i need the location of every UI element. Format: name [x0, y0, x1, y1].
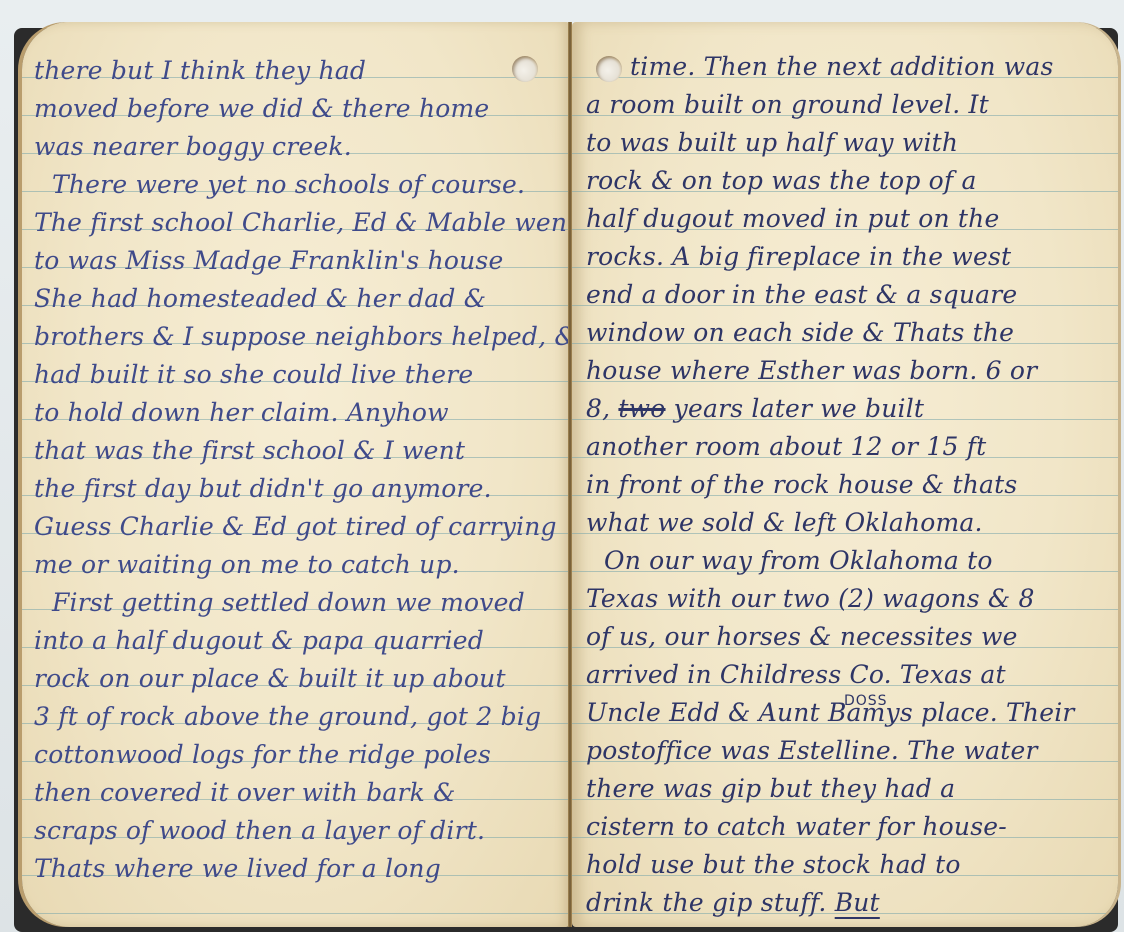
handwritten-line: house where Esther was born. 6 or	[586, 352, 1118, 390]
handwritten-line: had built it so she could live there	[34, 356, 570, 394]
handwritten-line: what we sold & left Oklahoma.	[586, 504, 1118, 542]
line-start: 8,	[586, 394, 610, 423]
handwritten-line: brothers & I suppose neighbors helped, &…	[34, 318, 570, 356]
handwritten-line: that was the first school & I went	[34, 432, 570, 470]
handwritten-line: there was gip but they had a	[586, 770, 1118, 808]
handwritten-line: to was built up half way with	[586, 124, 1118, 162]
underlined-word: But	[835, 888, 880, 917]
handwritten-line: 3 ft of rock above the ground, got 2 big	[34, 698, 570, 736]
handwritten-line: to hold down her claim. Anyhow	[34, 394, 570, 432]
handwritten-line-with-underline: drink the gip stuff. But	[586, 884, 1118, 922]
handwritten-line: into a half dugout & papa quarried	[34, 622, 570, 660]
handwritten-line: On our way from Oklahoma to	[586, 542, 1118, 580]
handwritten-line: She had homesteaded & her dad &	[34, 280, 570, 318]
handwritten-line: the first day but didn't go anymore.	[34, 470, 570, 508]
line-text: Uncle Edd & Aunt Bamys place. Their	[586, 698, 1075, 727]
handwritten-line: time. Then the next addition was	[586, 48, 1118, 86]
handwritten-line: rock on our place & built it up about	[34, 660, 570, 698]
handwritten-line: then covered it over with bark &	[34, 774, 570, 812]
handwritten-line: Texas with our two (2) wagons & 8	[586, 580, 1118, 618]
handwritten-line: window on each side & Thats the	[586, 314, 1118, 352]
handwritten-line: half dugout moved in put on the	[586, 200, 1118, 238]
handwritten-line: of us, our horses & necessites we	[586, 618, 1118, 656]
handwritten-line: rocks. A big fireplace in the west	[586, 238, 1118, 276]
left-notebook-page: there but I think they had moved before …	[22, 22, 570, 927]
struck-out-word: two	[618, 394, 665, 423]
handwritten-line: scraps of wood then a layer of dirt.	[34, 812, 570, 850]
handwritten-line: cistern to catch water for house-	[586, 808, 1118, 846]
handwritten-line: hold use but the stock had to	[586, 846, 1118, 884]
handwritten-line: to was Miss Madge Franklin's house	[34, 242, 570, 280]
handwritten-line: another room about 12 or 15 ft	[586, 428, 1118, 466]
handwritten-line: There were yet no schools of course.	[34, 166, 570, 204]
left-page-text: there but I think they had moved before …	[22, 52, 570, 888]
handwritten-line: rock & on top was the top of a	[586, 162, 1118, 200]
handwritten-line: postoffice was Estelline. The water	[586, 732, 1118, 770]
right-page-text: time. Then the next addition was a room …	[572, 48, 1118, 922]
handwritten-line-with-strikeout: 8, two years later we built	[586, 390, 1118, 428]
line-text: drink the gip stuff.	[586, 888, 827, 917]
handwritten-line: First getting settled down we moved	[34, 584, 570, 622]
inserted-word: DOSS	[844, 682, 888, 720]
right-notebook-page: time. Then the next addition was a room …	[572, 22, 1118, 927]
handwritten-line: in front of the rock house & thats	[586, 466, 1118, 504]
handwritten-line-with-insertion: DOSSUncle Edd & Aunt Bamys place. Their	[586, 694, 1118, 732]
handwritten-line: Guess Charlie & Ed got tired of carrying	[34, 508, 570, 546]
handwritten-line: a room built on ground level. It	[586, 86, 1118, 124]
handwritten-line: me or waiting on me to catch up.	[34, 546, 570, 584]
handwritten-line: Thats where we lived for a long	[34, 850, 570, 888]
handwritten-line: cottonwood logs for the ridge poles	[34, 736, 570, 774]
handwritten-line: was nearer boggy creek.	[34, 128, 570, 166]
line-rest: years later we built	[666, 394, 925, 423]
handwritten-line: The first school Charlie, Ed & Mable wen…	[34, 204, 570, 242]
handwritten-line: end a door in the east & a square	[586, 276, 1118, 314]
handwritten-line: moved before we did & there home	[34, 90, 570, 128]
handwritten-line: there but I think they had	[34, 52, 570, 90]
